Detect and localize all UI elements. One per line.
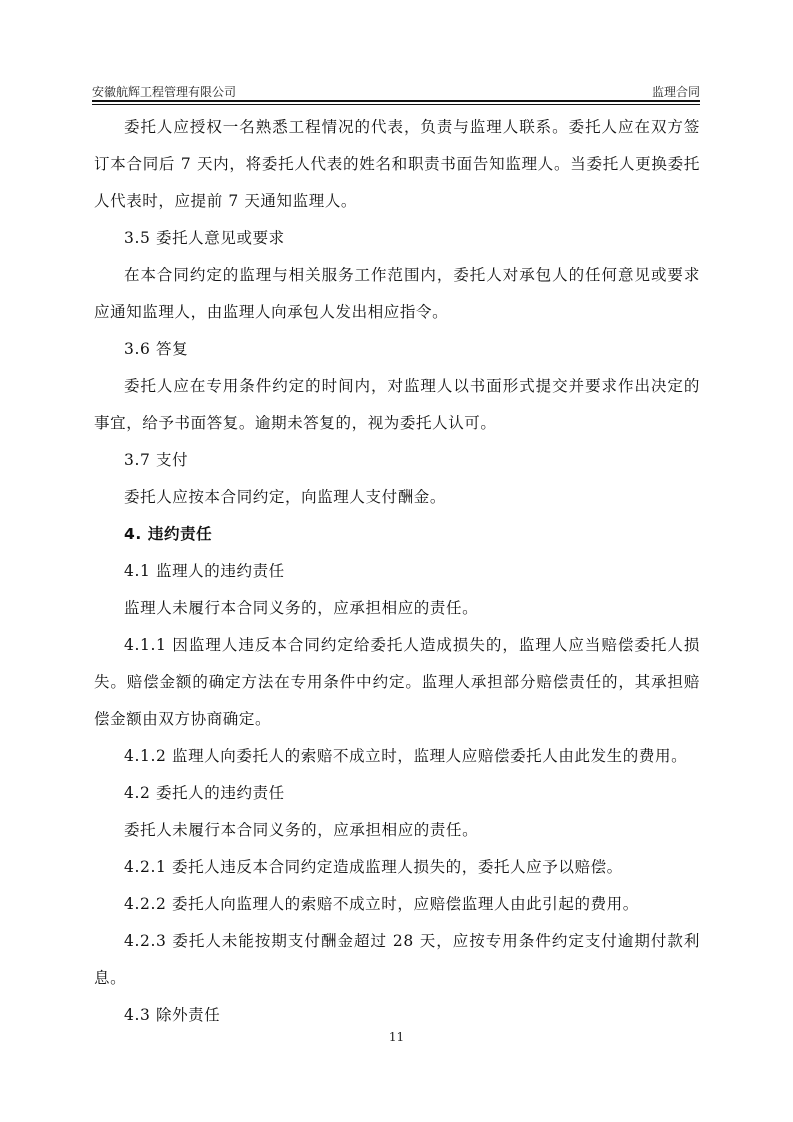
header-document-type: 监理合同 bbox=[652, 83, 700, 100]
text-line: 委托人应在专用条件约定的时间内，对监理人以书面形式提交并要求作出决定的 bbox=[94, 375, 700, 412]
text-line: 应通知监理人，由监理人向承包人发出相应指令。 bbox=[94, 301, 700, 338]
text-line: 委托人应授权一名熟悉工程情况的代表，负责与监理人联系。委托人应在双方签 bbox=[94, 116, 700, 153]
text-line: 息。 bbox=[94, 967, 700, 1004]
text-line: 4.2.2 委托人向监理人的索赔不成立时，应赔偿监理人由此引起的费用。 bbox=[94, 893, 700, 930]
page-header: 安徽航辉工程管理有限公司 监理合同 bbox=[92, 83, 700, 99]
text-line: 失。赔偿金额的确定方法在专用条件中约定。监理人承担部分赔偿责任的，其承担赔 bbox=[94, 671, 700, 708]
text-line: 4.2 委托人的违约责任 bbox=[94, 782, 700, 819]
text-line: 3.5 委托人意见或要求 bbox=[94, 227, 700, 264]
text-line: 4.1.1 因监理人违反本合同约定给委托人造成损失的，监理人应当赔偿委托人损 bbox=[94, 634, 700, 671]
text-line: 偿金额由双方协商确定。 bbox=[94, 708, 700, 745]
text-line: 4.1 监理人的违约责任 bbox=[94, 560, 700, 597]
text-line: 在本合同约定的监理与相关服务工作范围内，委托人对承包人的任何意见或要求 bbox=[94, 264, 700, 301]
text-line: 3.6 答复 bbox=[94, 338, 700, 375]
text-line: 4.1.2 监理人向委托人的索赔不成立时，监理人应赔偿委托人由此发生的费用。 bbox=[94, 745, 700, 782]
text-line: 事宜，给予书面答复。逾期未答复的，视为委托人认可。 bbox=[94, 412, 700, 449]
text-line: 监理人未履行本合同义务的，应承担相应的责任。 bbox=[94, 597, 700, 634]
text-line: 委托人应按本合同约定，向监理人支付酬金。 bbox=[94, 486, 700, 523]
page-number: 11 bbox=[0, 1030, 793, 1044]
text-line: 委托人未履行本合同义务的，应承担相应的责任。 bbox=[94, 819, 700, 856]
text-line: 3.7 支付 bbox=[94, 449, 700, 486]
text-line: 订本合同后 7 天内，将委托人代表的姓名和职责书面告知监理人。当委托人更换委托 bbox=[94, 153, 700, 190]
document-body: 委托人应授权一名熟悉工程情况的代表，负责与监理人联系。委托人应在双方签订本合同后… bbox=[94, 116, 700, 1041]
text-line: 人代表时，应提前 7 天通知监理人。 bbox=[94, 190, 700, 227]
header-company-name: 安徽航辉工程管理有限公司 bbox=[92, 83, 236, 100]
header-rule-thin bbox=[92, 104, 700, 105]
header-rule-thick bbox=[92, 100, 700, 102]
section-heading: 4. 违约责任 bbox=[94, 523, 700, 560]
text-line: 4.2.3 委托人未能按期支付酬金超过 28 天，应按专用条件约定支付逾期付款利 bbox=[94, 930, 700, 967]
text-line: 4.2.1 委托人违反本合同约定造成监理人损失的，委托人应予以赔偿。 bbox=[94, 856, 700, 893]
